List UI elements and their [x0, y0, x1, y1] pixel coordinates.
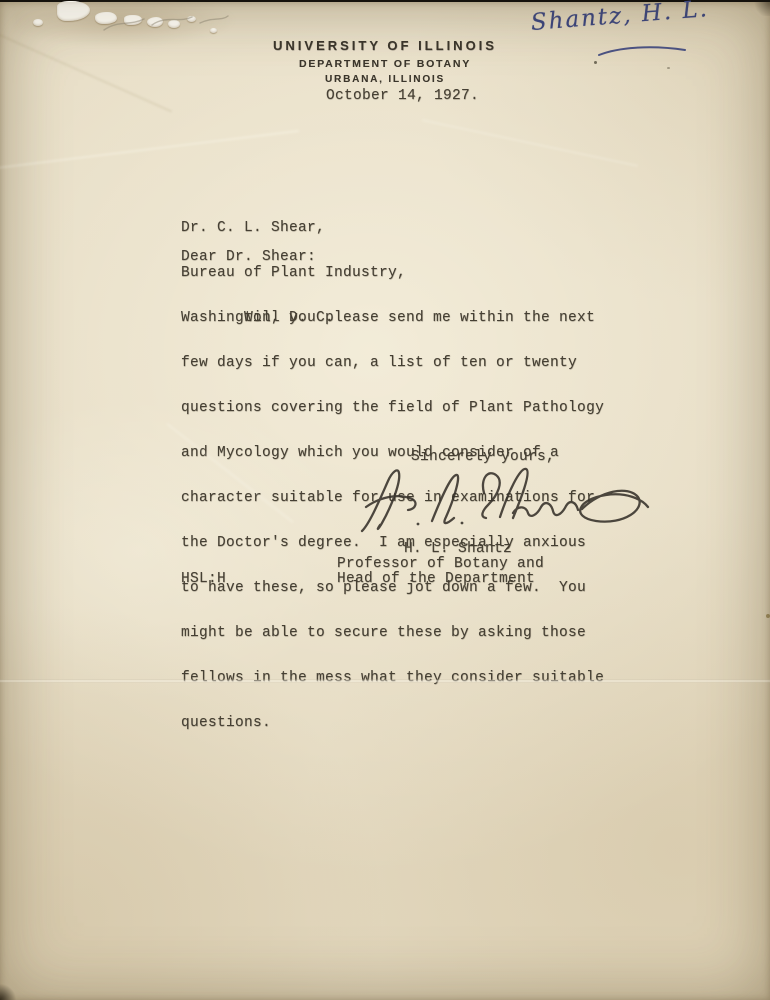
signer-name: H. L. Shantz — [404, 542, 512, 557]
paper-crease — [0, 130, 299, 172]
paper-sheet: UNIVERSITY OF ILLINOIS DEPARTMENT OF BOT… — [0, 2, 770, 1000]
ink-speck — [594, 61, 597, 64]
letterhead-city: URBANA, ILLINOIS — [0, 74, 770, 85]
faint-pencil-marks — [100, 8, 230, 38]
scan-edge-shadow — [0, 984, 16, 1000]
body-line: Will you please send me within the next — [181, 311, 604, 326]
date-line: October 14, 1927. — [326, 89, 479, 104]
body-line: questions covering the field of Plant Pa… — [181, 401, 604, 416]
handwritten-annotation: Shantz, H. L. — [530, 0, 710, 36]
signer-title: Professor of Botany and — [337, 557, 544, 572]
body-line: questions. — [181, 716, 604, 731]
typist-reference: HSL:H — [181, 572, 226, 587]
letterhead-department: DEPARTMENT OF BOTANY — [0, 58, 770, 70]
ink-speck — [667, 67, 670, 69]
salutation: Dear Dr. Shear: — [181, 250, 316, 265]
paper-crease — [422, 119, 638, 167]
scanned-letter-page: UNIVERSITY OF ILLINOIS DEPARTMENT OF BOT… — [0, 0, 770, 1000]
signature-h-l-shantz — [356, 457, 656, 547]
annotation-underline-stroke — [597, 43, 689, 59]
recipient-line: Bureau of Plant Industry, — [181, 266, 406, 281]
recipient-line: Dr. C. L. Shear, — [181, 221, 406, 236]
body-line: might be able to secure these by asking … — [181, 626, 604, 641]
ink-speck — [766, 614, 770, 618]
body-line: few days if you can, a list of ten or tw… — [181, 356, 604, 371]
horizontal-fold-line — [0, 679, 770, 683]
signer-title: Head of the Department — [337, 572, 535, 587]
scan-edge-shadow — [752, 2, 770, 16]
paper-tear-hole — [33, 19, 43, 26]
